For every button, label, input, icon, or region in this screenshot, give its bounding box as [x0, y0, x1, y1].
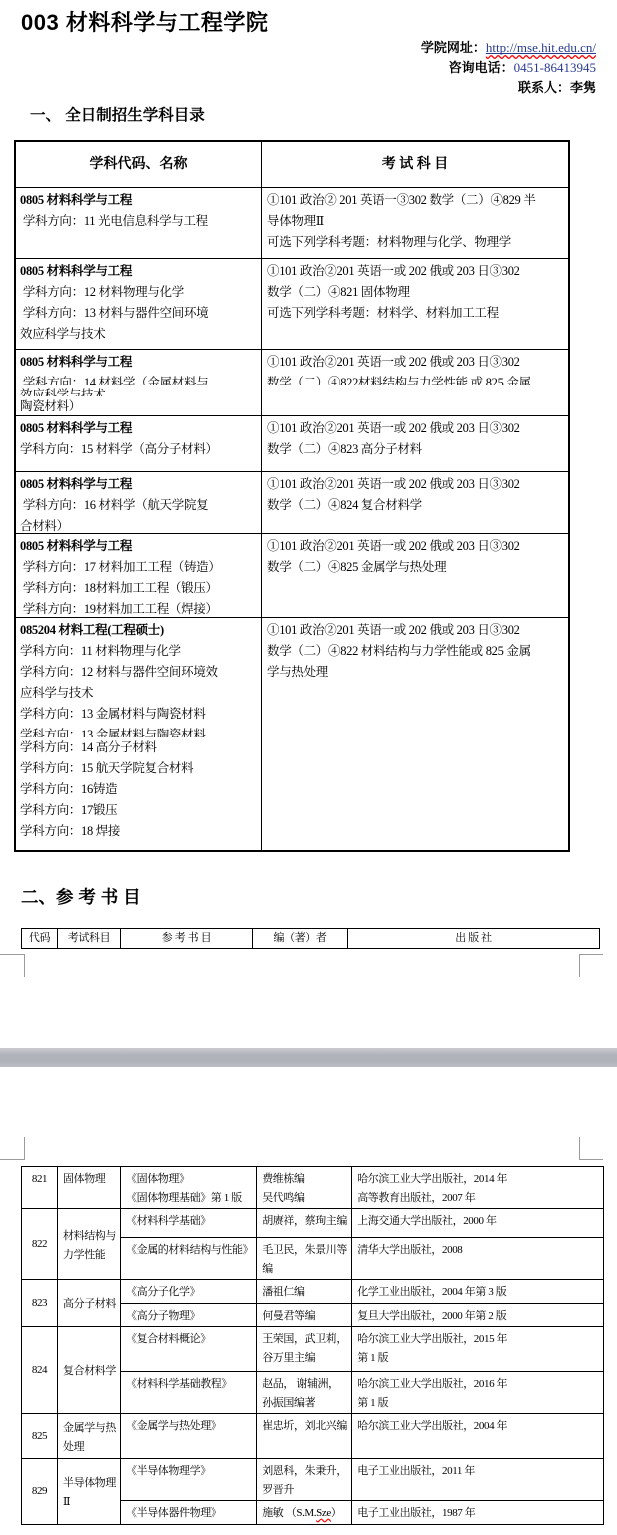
- book-title-cell: 《金属学与热处理》: [121, 1414, 257, 1459]
- text-line: 编: [262, 1260, 348, 1279]
- publisher-cell: 哈尔滨工业大学出版社，2015 年第 1 版: [352, 1327, 604, 1372]
- exam-subjects-cell: ①101 政治②201 英语一或 202 俄或 203 日③302数学（二）④8…: [262, 350, 568, 415]
- table-header-row: 代码考试科目参 考 书 目编（著）者出 版 社: [22, 929, 600, 949]
- text-line: 复合材料学: [63, 1362, 117, 1381]
- text-line: 可选下列学科考题：材料物理与化学、物理学: [267, 232, 566, 253]
- table-row: 822材料结构与力学性能《材料科学基础》胡赓祥，蔡珣主编上海交通大学出版社，20…: [22, 1209, 604, 1238]
- text-line: 化学工业出版社，2004 年第 3 版: [357, 1283, 600, 1302]
- text-line: 学科方向：13 材料与器件空间环境: [20, 303, 259, 324]
- publisher-cell: 复旦大学出版社，2000 年第 2 版: [352, 1304, 604, 1327]
- text-line: 学科方向：11 材料物理与化学: [20, 641, 259, 662]
- code-cell: 825: [22, 1414, 58, 1459]
- page-break-bar: [0, 1048, 617, 1067]
- text-line: 导体物理Ⅱ: [267, 211, 566, 232]
- author-cell: 费维栋编吴代鸣编: [257, 1167, 352, 1209]
- phone-row: 咨询电话：0451-86413945: [421, 58, 596, 78]
- text-line: 可选下列学科考题：材料学、材料加工工程: [267, 303, 566, 324]
- text-line: 学科方向：17 材料加工工程（铸造）: [20, 557, 259, 578]
- text-line: 何曼君等编: [262, 1307, 348, 1326]
- column-header: 考试科目: [58, 929, 121, 949]
- exam-subjects-cell: ①101 政治②201 英语一或 202 俄或 203 日③302数学（二）④8…: [262, 534, 568, 617]
- text-line: 考 试 科 目: [382, 154, 449, 175]
- table-row: 829半导体物理Ⅱ《半导体物理学》刘恩科，朱秉升，罗晋升电子工业出版社，2011…: [22, 1459, 604, 1501]
- subject-code-cell: 0805 材料科学与工程 学科方向：14 材料学（金属材料与效应科学与技术陶瓷材…: [16, 350, 262, 415]
- text-line: 编（著）者: [253, 929, 347, 948]
- column-header: 参 考 书 目: [121, 929, 253, 949]
- text-line: 刘恩科，朱秉升，: [262, 1462, 348, 1481]
- text-line: ①101 政治②201 英语一或 202 俄或 203 日③302: [267, 261, 566, 282]
- spellcheck-underline: Sze: [316, 1507, 331, 1519]
- text-line: 力学性能: [63, 1246, 117, 1265]
- text-line: 电子工业出版社，1987 年: [357, 1504, 600, 1523]
- table-row: 821固体物理《固体物理》《固体物理基础》第 1 版费维栋编吴代鸣编哈尔滨工业大…: [22, 1167, 604, 1209]
- text-line: 数学（二）④824 复合材料学: [267, 495, 566, 516]
- text-line: 学科方向：18 焊接: [20, 821, 259, 842]
- book-title-cell: 《高分子化学》: [121, 1280, 257, 1304]
- text-line: 学科方向：14 高分子材料: [20, 737, 259, 758]
- page-title: 003 材料科学与工程学院: [21, 6, 268, 37]
- exam-subjects-cell: ①101 政治②201 英语一或 202 俄或 203 日③302数学（二）④8…: [262, 618, 568, 850]
- admission-catalog-table: 学科代码、名称考 试 科 目0805 材料科学与工程 学科方向：11 光电信息科…: [14, 140, 570, 852]
- column-header: 代码: [22, 929, 58, 949]
- section-1-heading: 一、 全日制招生学科目录: [30, 103, 205, 125]
- text-line: 学科代码、名称: [90, 154, 188, 175]
- publisher-cell: 电子工业出版社，2011 年: [352, 1459, 604, 1501]
- text-line: 0805 材料科学与工程: [20, 352, 259, 373]
- text-line: 谷万里主编: [262, 1349, 348, 1368]
- website-row: 学院网址：http://mse.hit.edu.cn/: [421, 38, 596, 58]
- text-line: 哈尔滨工业大学出版社，2004 年: [357, 1417, 600, 1436]
- text-line: 0805 材料科学与工程: [20, 190, 259, 211]
- book-title-cell: 《金属的材料结构与性能》: [121, 1238, 257, 1280]
- section-2-heading: 二、参 考 书 目: [21, 884, 141, 909]
- subject-code-cell: 0805 材料科学与工程 学科方向：16 材料学（航天学院复合材料）: [16, 472, 262, 533]
- author-cell: 王荣国，武卫莉，谷万里主编: [257, 1327, 352, 1372]
- author-cell: 施敏 （S.M.Sze）: [257, 1501, 352, 1525]
- code-cell: 821: [22, 1167, 58, 1209]
- reference-table-header: 代码考试科目参 考 书 目编（著）者出 版 社: [21, 928, 600, 949]
- table-row: 825金属学与热处理《金属学与热处理》崔忠圻，刘北兴编哈尔滨工业大学出版社，20…: [22, 1414, 604, 1459]
- text-line: 参 考 书 目: [121, 929, 252, 948]
- text-line: 《高分子物理》: [126, 1307, 253, 1326]
- text-line: ①101 政治② 201 英语一③302 数学（二）④829 半: [267, 190, 566, 211]
- text-line: 材料结构与: [63, 1227, 117, 1246]
- text-line: 学科方向：14 材料学（金属材料与: [20, 373, 259, 385]
- text-line: 《金属学与热处理》: [126, 1417, 253, 1436]
- column-header: 编（著）者: [253, 929, 348, 949]
- text-line: 823: [22, 1294, 57, 1313]
- exam-subjects-cell: ①101 政治②201 英语一或 202 俄或 203 日③302数学（二）④8…: [262, 259, 568, 349]
- text-line: 学科方向：15 材料学（高分子材料）: [20, 439, 259, 460]
- exam-subjects-cell: ①101 政治②201 英语一或 202 俄或 203 日③302数学（二）④8…: [262, 416, 568, 471]
- publisher-cell: 哈尔滨工业大学出版社，2014 年高等教育出版社，2007 年: [352, 1167, 604, 1209]
- text-line: 《高分子化学》: [126, 1283, 253, 1302]
- table-row: 0805 材料科学与工程 学科方向：17 材料加工工程（铸造） 学科方向：18材…: [16, 533, 568, 617]
- exam-subjects-cell: ①101 政治②201 英语一或 202 俄或 203 日③302数学（二）④8…: [262, 472, 568, 533]
- text-line: 学科方向：13 金属材料与陶瓷材料: [20, 725, 259, 737]
- text-line: 出 版 社: [348, 929, 599, 948]
- text-line: 清华大学出版社，2008: [357, 1241, 600, 1260]
- text-line: 数学（二）④825 金属学与热处理: [267, 557, 566, 578]
- phone-number: 0451-86413945: [514, 60, 596, 75]
- text-line: 学科方向：13 金属材料与陶瓷材料: [20, 704, 259, 725]
- publisher-cell: 化学工业出版社，2004 年第 3 版: [352, 1280, 604, 1304]
- publisher-cell: 电子工业出版社，1987 年: [352, 1501, 604, 1525]
- text-line: 学科方向：11 光电信息科学与工程: [20, 211, 259, 232]
- text-line: Ⅱ: [63, 1493, 117, 1512]
- book-title-cell: 《半导体器件物理》: [121, 1501, 257, 1525]
- text-line: 半导体物理: [63, 1474, 117, 1493]
- text-line: 学科方向：12 材料与器件空间环境效: [20, 662, 259, 683]
- text-line: 复旦大学出版社，2000 年第 2 版: [357, 1307, 600, 1326]
- text-line: 高等教育出版社，2007 年: [357, 1189, 600, 1208]
- text-line: 《金属的材料结构与性能》: [126, 1241, 253, 1260]
- text-line: 第 1 版: [357, 1394, 600, 1413]
- crop-mark: [579, 954, 603, 955]
- phone-label: 咨询电话：: [449, 60, 514, 75]
- publisher-cell: 哈尔滨工业大学出版社，2016 年第 1 版: [352, 1372, 604, 1414]
- subject-code-cell: 0805 材料科学与工程 学科方向：12 材料物理与化学 学科方向：13 材料与…: [16, 259, 262, 349]
- code-cell: 824: [22, 1327, 58, 1414]
- text-line: 学科方向：16铸造: [20, 779, 259, 800]
- subject-cell: 半导体物理Ⅱ: [58, 1459, 121, 1525]
- book-title-cell: 《复合材料概论》: [121, 1327, 257, 1372]
- author-cell: 毛卫民，朱景川等编: [257, 1238, 352, 1280]
- person-row: 联系人：李隽: [421, 78, 596, 98]
- text-line: 哈尔滨工业大学出版社，2015 年: [357, 1330, 600, 1349]
- book-title-cell: 《材料科学基础教程》: [121, 1372, 257, 1414]
- text-line: 829: [22, 1482, 57, 1501]
- subject-code-cell: 0805 材料科学与工程 学科方向：11 光电信息科学与工程: [16, 188, 262, 258]
- website-url: http://mse.hit.edu.cn/: [486, 40, 596, 55]
- table-row: 0805 材料科学与工程 学科方向：12 材料物理与化学 学科方向：13 材料与…: [16, 258, 568, 349]
- text-line: 孙振国编著: [262, 1394, 348, 1413]
- author-cell: 何曼君等编: [257, 1304, 352, 1327]
- text-line: 085204 材料工程(工程硕士): [20, 620, 259, 641]
- text-line: 胡赓祥，蔡珣主编: [262, 1212, 348, 1231]
- text-line: 学科方向：19材料加工工程（焊接）: [20, 599, 259, 617]
- subject-cell: 复合材料学: [58, 1327, 121, 1414]
- code-cell: 823: [22, 1280, 58, 1327]
- text-line: 第 1 版: [357, 1349, 600, 1368]
- text-line: 上海交通大学出版社，2000 年: [357, 1212, 600, 1231]
- publisher-cell: 清华大学出版社，2008: [352, 1238, 604, 1280]
- text-line: 处理: [63, 1438, 117, 1457]
- text-line: ①101 政治②201 英语一或 202 俄或 203 日③302: [267, 418, 566, 439]
- text-line: 赵品， 谢辅洲，: [262, 1375, 348, 1394]
- author-cell: 胡赓祥，蔡珣主编: [257, 1209, 352, 1238]
- text-line: 《半导体器件物理》: [126, 1504, 253, 1523]
- author-cell: 赵品， 谢辅洲，孙振国编著: [257, 1372, 352, 1414]
- crop-mark: [24, 1137, 25, 1160]
- text-line: 学科方向：12 材料物理与化学: [20, 282, 259, 303]
- text-line: 0805 材料科学与工程: [20, 474, 259, 495]
- reference-header-table: 代码考试科目参 考 书 目编（著）者出 版 社: [21, 928, 600, 949]
- text-line: 崔忠圻，刘北兴编: [262, 1417, 348, 1436]
- text-line: 潘祖仁编: [262, 1283, 348, 1302]
- crop-mark: [24, 954, 25, 977]
- author-cell: 刘恩科，朱秉升，罗晋升: [257, 1459, 352, 1501]
- book-title-cell: 《高分子物理》: [121, 1304, 257, 1327]
- text-line: ①101 政治②201 英语一或 202 俄或 203 日③302: [267, 474, 566, 495]
- text-line: 罗晋升: [262, 1481, 348, 1500]
- text-line: 电子工业出版社，2011 年: [357, 1462, 600, 1481]
- crop-mark: [579, 954, 580, 977]
- text-line: 0805 材料科学与工程: [20, 536, 259, 557]
- text-line: 哈尔滨工业大学出版社，2014 年: [357, 1170, 600, 1189]
- text-line: 824: [22, 1361, 57, 1380]
- code-cell: 822: [22, 1209, 58, 1280]
- text-line: 数学（二）④822材料结构与力学性能 或 825 金属: [267, 373, 566, 385]
- subject-cell: 材料结构与力学性能: [58, 1209, 121, 1280]
- text-line: 0805 材料科学与工程: [20, 261, 259, 282]
- subject-cell: 高分子材料: [58, 1280, 121, 1327]
- text-line: 吴代鸣编: [262, 1189, 348, 1208]
- text-line: 《半导体物理学》: [126, 1462, 253, 1481]
- text-line: 陶瓷材料）: [20, 396, 259, 415]
- text-line: 0805 材料科学与工程: [20, 418, 259, 439]
- college-website-link[interactable]: http://mse.hit.edu.cn/: [486, 40, 596, 55]
- document-page: 003 材料科学与工程学院 学院网址：http://mse.hit.edu.cn…: [0, 0, 617, 1535]
- subject-code-cell: 085204 材料工程(工程硕士)学科方向：11 材料物理与化学学科方向：12 …: [16, 618, 262, 850]
- text-line: 王荣国，武卫莉，: [262, 1330, 348, 1349]
- text-line: 高分子材料: [63, 1295, 117, 1314]
- text-line: 《固体物理》: [126, 1170, 253, 1189]
- text-line: 效应科学与技术: [20, 324, 259, 345]
- text-line: ①101 政治②201 英语一或 202 俄或 203 日③302: [267, 620, 566, 641]
- book-title-cell: 《固体物理》《固体物理基础》第 1 版: [121, 1167, 257, 1209]
- text-line: 《材料科学基础》: [126, 1212, 253, 1231]
- text-line: 学科方向：16 材料学（航天学院复: [20, 495, 259, 516]
- book-title-cell: 《半导体物理学》: [121, 1459, 257, 1501]
- text-line: 学科方向：17锻压: [20, 800, 259, 821]
- subject-code-cell: 0805 材料科学与工程 学科方向：17 材料加工工程（铸造） 学科方向：18材…: [16, 534, 262, 617]
- crop-mark: [0, 1159, 24, 1160]
- reference-body-table: 821固体物理《固体物理》《固体物理基础》第 1 版费维栋编吴代鸣编哈尔滨工业大…: [21, 1166, 604, 1525]
- text-line: 数学（二）④821 固体物理: [267, 282, 566, 303]
- subject-cell: 固体物理: [58, 1167, 121, 1209]
- publisher-cell: 上海交通大学出版社，2000 年: [352, 1209, 604, 1238]
- table-row: 824复合材料学《复合材料概论》王荣国，武卫莉，谷万里主编哈尔滨工业大学出版社，…: [22, 1327, 604, 1372]
- text-line: ①101 政治②201 英语一或 202 俄或 203 日③302: [267, 536, 566, 557]
- table-header-row: 学科代码、名称考 试 科 目: [16, 142, 568, 187]
- text-line: 效应科学与技术: [20, 385, 259, 396]
- text-line: 哈尔滨工业大学出版社，2016 年: [357, 1375, 600, 1394]
- text-line: 施敏 （S.M.Sze）: [262, 1504, 348, 1523]
- text-line: 学与热处理: [267, 662, 566, 683]
- book-title-cell: 《材料科学基础》: [121, 1209, 257, 1238]
- subject-code-cell: 0805 材料科学与工程学科方向：15 材料学（高分子材料）: [16, 416, 262, 471]
- text-line: 学科方向：15 航天学院复合材料: [20, 758, 259, 779]
- table-row: 0805 材料科学与工程 学科方向：14 材料学（金属材料与效应科学与技术陶瓷材…: [16, 349, 568, 415]
- subject-cell: 金属学与热处理: [58, 1414, 121, 1459]
- publisher-cell: 哈尔滨工业大学出版社，2004 年: [352, 1414, 604, 1459]
- table-row: 085204 材料工程(工程硕士)学科方向：11 材料物理与化学学科方向：12 …: [16, 617, 568, 850]
- contact-block: 学院网址：http://mse.hit.edu.cn/ 咨询电话：0451-86…: [421, 38, 596, 98]
- header-subject-code: 学科代码、名称: [16, 142, 262, 187]
- table-row: 0805 材料科学与工程 学科方向：16 材料学（航天学院复合材料）①101 政…: [16, 471, 568, 533]
- crop-mark: [579, 1159, 603, 1160]
- author-cell: 崔忠圻，刘北兴编: [257, 1414, 352, 1459]
- text-line: 毛卫民，朱景川等: [262, 1241, 348, 1260]
- table-row: 823高分子材料《高分子化学》潘祖仁编化学工业出版社，2004 年第 3 版: [22, 1280, 604, 1304]
- text-line: 《固体物理基础》第 1 版: [126, 1189, 253, 1208]
- header-exam-subjects: 考 试 科 目: [262, 142, 568, 187]
- crop-mark: [579, 1137, 580, 1160]
- column-header: 出 版 社: [348, 929, 600, 949]
- website-label: 学院网址：: [421, 40, 486, 55]
- reference-table-body: 821固体物理《固体物理》《固体物理基础》第 1 版费维栋编吴代鸣编哈尔滨工业大…: [21, 1166, 604, 1525]
- text-line: 《复合材料概论》: [126, 1330, 253, 1349]
- person-label: 联系人：: [518, 80, 570, 95]
- text-line: 费维栋编: [262, 1170, 348, 1189]
- text-line: 代码: [22, 929, 57, 948]
- text-line: 学科方向：18材料加工工程（锻压）: [20, 578, 259, 599]
- text-line: 821: [22, 1170, 57, 1189]
- text-line: 数学（二）④823 高分子材料: [267, 439, 566, 460]
- author-cell: 潘祖仁编: [257, 1280, 352, 1304]
- text-line: 金属学与热: [63, 1419, 117, 1438]
- exam-subjects-cell: ①101 政治② 201 英语一③302 数学（二）④829 半导体物理Ⅱ可选下…: [262, 188, 568, 258]
- text-line: 考试科目: [58, 929, 120, 948]
- code-cell: 829: [22, 1459, 58, 1525]
- crop-mark: [0, 954, 24, 955]
- table-row: 0805 材料科学与工程学科方向：15 材料学（高分子材料）①101 政治②20…: [16, 415, 568, 471]
- text-line: 合材料）: [20, 516, 259, 533]
- text-line: 数学（二）④822 材料结构与力学性能或 825 金属: [267, 641, 566, 662]
- text-line: 应科学与技术: [20, 683, 259, 704]
- text-line: 822: [22, 1235, 57, 1254]
- person-name: 李隽: [570, 80, 596, 95]
- table-row: 0805 材料科学与工程 学科方向：11 光电信息科学与工程①101 政治② 2…: [16, 187, 568, 258]
- text-line: 825: [22, 1427, 57, 1446]
- text-line: ①101 政治②201 英语一或 202 俄或 203 日③302: [267, 352, 566, 373]
- text-line: 固体物理: [63, 1170, 117, 1189]
- text-line: 《材料科学基础教程》: [126, 1375, 253, 1394]
